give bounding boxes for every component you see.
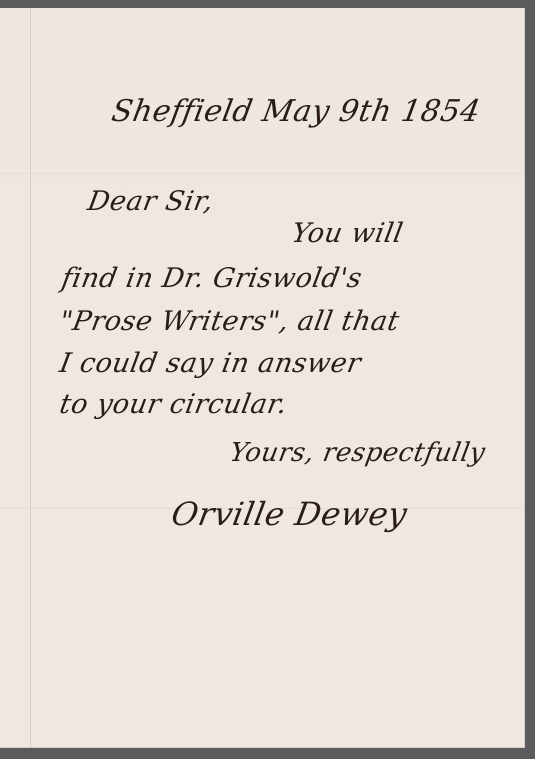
paper-crease bbox=[0, 173, 525, 174]
body-line: find in Dr. Griswold's bbox=[59, 263, 364, 294]
body-line: to your circular. bbox=[57, 389, 289, 420]
body-line: You will bbox=[289, 218, 405, 249]
body-line: "Prose Writers", all that bbox=[57, 306, 402, 337]
signature: Orville Dewey bbox=[169, 495, 411, 533]
fold-line bbox=[30, 8, 31, 748]
salutation: Dear Sir, bbox=[85, 186, 216, 217]
dateline: Sheffield May 9th 1854 bbox=[109, 94, 483, 129]
closing: Yours, respectfully bbox=[227, 438, 487, 468]
body-line: I could say in answer bbox=[57, 348, 363, 379]
letter-paper: Sheffield May 9th 1854 Dear Sir, You wil… bbox=[0, 8, 525, 748]
